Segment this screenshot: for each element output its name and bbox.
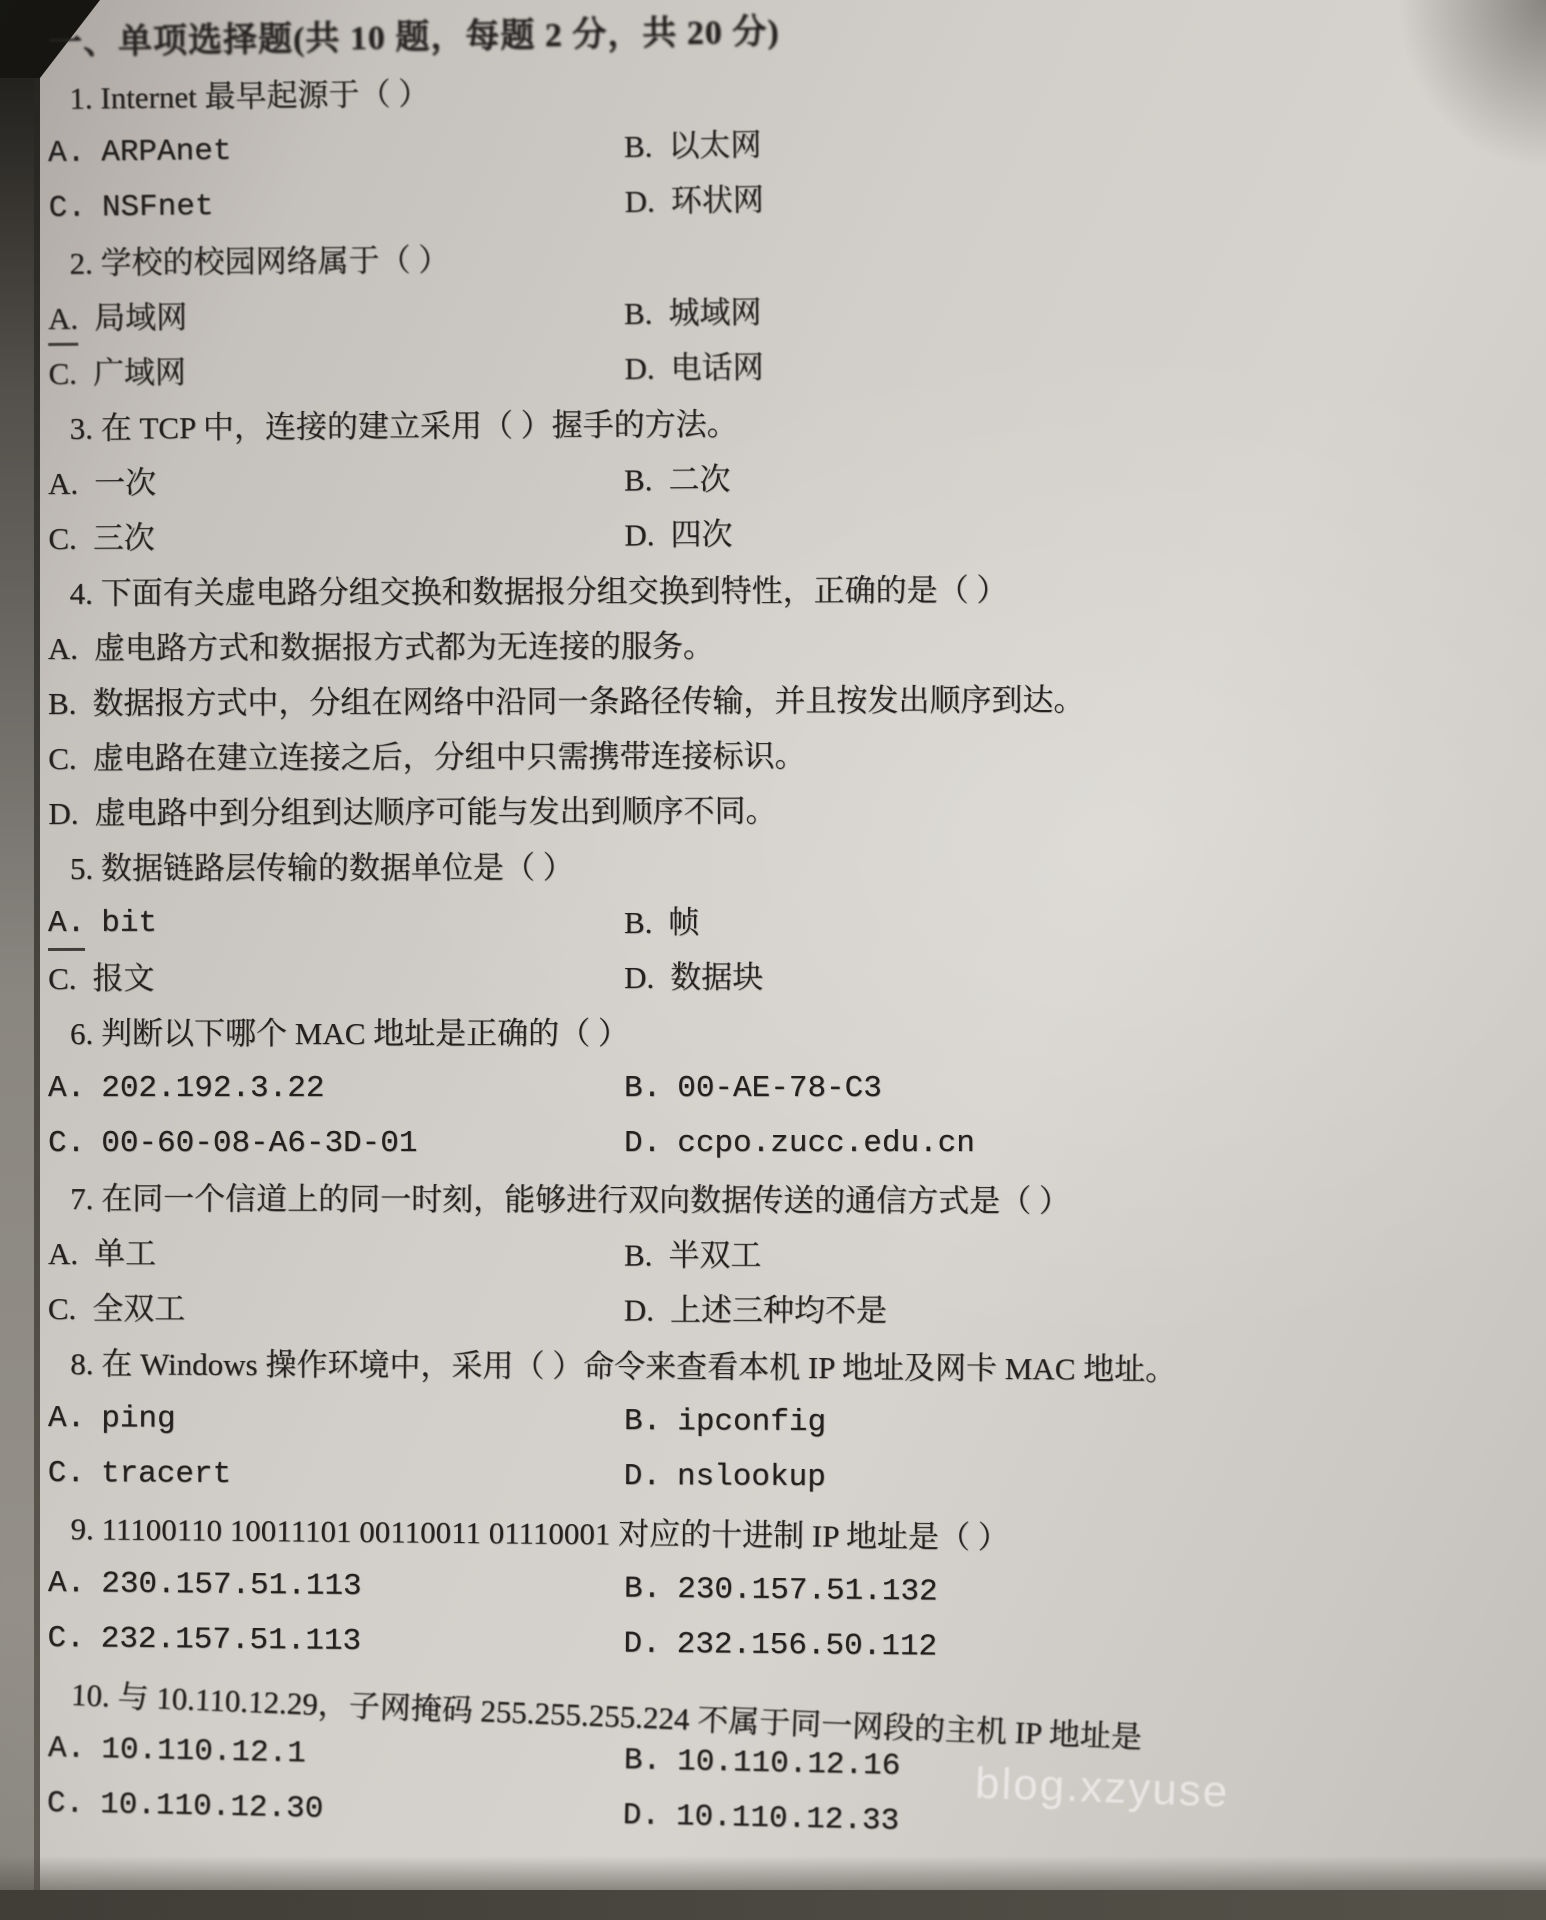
question-text: 11100110 10011101 00110011 01110001 对应的十… — [101, 1512, 1009, 1556]
option-label: D. — [624, 507, 654, 562]
question-4: 4. 下面有关虚电路分组交换和数据报分组交换到特性，正确的是（ ） A. 虚电路… — [48, 561, 1546, 841]
option-label: B. — [624, 452, 653, 507]
question-text: 数据链路层传输的数据单位是（ ） — [101, 850, 574, 886]
option-text: 半双工 — [668, 1228, 761, 1283]
question-number: 1. — [69, 80, 93, 115]
question-6: 6. 判断以下哪个 MAC 地址是正确的（ ） A. 202.192.3.22 … — [48, 1006, 1546, 1171]
option-label: C. — [48, 346, 77, 401]
option-row: D. 虚电路中到分组到达顺序可能与发出到顺序不同。 — [48, 781, 1546, 841]
option-label: C. — [48, 1281, 77, 1336]
option-label: D. — [624, 341, 655, 396]
option-row: A. 虚电路方式和数据报方式都为无连接的服务。 — [48, 616, 1546, 676]
option-row: A. 202.192.3.22 B. 00-AE-78-C3 — [48, 1061, 1546, 1116]
option-d: D. 虚电路中到分组到达顺序可能与发出到顺序不同。 — [48, 783, 776, 841]
option-text: 四次 — [670, 507, 732, 562]
option-label: A. — [48, 896, 85, 951]
option-d: D. 上述三种均不是 — [624, 1283, 887, 1339]
question-8: 8. 在 Windows 操作环境中，采用（ ）命令来查看本机 IP 地址及网卡… — [48, 1336, 1546, 1509]
option-text: 一次 — [94, 455, 156, 510]
option-row: C. 虚电路在建立连接之后，分组中只需携带连接标识。 — [48, 726, 1546, 786]
option-text: 帧 — [668, 895, 699, 950]
question-number: 8. — [70, 1346, 93, 1381]
option-text: 00-AE-78-C3 — [677, 1061, 882, 1116]
exam-paper-photo: 一、单项选择题(共 10 题，每题 2 分，共 20 分) 1. Interne… — [0, 0, 1546, 1920]
option-d: D. 电话网 — [624, 340, 764, 396]
question-stem: 7. 在同一个信道上的同一时刻，能够进行双向数据传送的通信方式是（ ） — [48, 1171, 1546, 1230]
option-a: A. 局域网 — [48, 286, 624, 346]
option-c: C. 00-60-08-A6-3D-01 — [48, 1116, 624, 1171]
option-b: B. 00-AE-78-C3 — [624, 1061, 882, 1116]
question-text: Internet 最早起源于（ ） — [100, 76, 429, 115]
option-row: A. ping B. ipconfig — [48, 1391, 1546, 1454]
option-d: D. nslookup — [624, 1449, 826, 1505]
option-text: 二次 — [668, 452, 730, 507]
option-row: C. 广域网 D. 电话网 — [48, 333, 1546, 401]
option-row: C. 00-60-08-A6-3D-01 D. ccpo.zucc.edu.cn — [48, 1116, 1546, 1171]
question-9: 9. 11100110 10011101 00110011 01110001 对… — [47, 1501, 1546, 1680]
option-label: A. — [48, 1226, 78, 1281]
option-a: A. 单工 — [48, 1226, 624, 1283]
option-text: ARPAnet — [101, 124, 232, 181]
watermark: blog.xzyuse — [974, 1759, 1230, 1818]
option-text: 虚电路在建立连接之后，分组中只需携带连接标识。 — [93, 728, 806, 785]
option-text: tracert — [101, 1446, 232, 1502]
option-label: B. — [624, 1061, 661, 1116]
option-label: A. — [47, 1721, 85, 1777]
paper-bottom-shadow — [0, 1856, 1546, 1890]
option-b: B. 230.157.51.132 — [624, 1562, 938, 1620]
option-label: D. — [624, 1449, 662, 1504]
question-stem: 4. 下面有关虚电路分组交换和数据报分组交换到特性，正确的是（ ） — [48, 561, 1546, 621]
option-text: 全双工 — [92, 1281, 185, 1336]
option-text: 局域网 — [94, 290, 187, 346]
option-a: A. 虚电路方式和数据报方式都为无连接的服务。 — [48, 619, 714, 676]
option-c: C. NSFnet — [48, 174, 625, 236]
option-d: D. 四次 — [624, 507, 732, 563]
option-text: 虚电路中到分组到达顺序可能与发出到顺序不同。 — [94, 783, 776, 840]
option-label: A. — [48, 456, 78, 511]
option-text: 单工 — [94, 1226, 156, 1281]
option-label: C. — [48, 511, 77, 566]
option-text: bit — [101, 896, 157, 951]
option-text: 数据报方式中，分组在网络中沿同一条路径传输，并且按发出顺序到达。 — [92, 672, 1084, 730]
question-text: 判断以下哪个 MAC 地址是正确的（ ） — [101, 1016, 629, 1051]
option-text: NSFnet — [102, 179, 214, 235]
option-label: B. — [624, 1228, 653, 1283]
paper-content: 一、单项选择题(共 10 题，每题 2 分，共 20 分) 1. Interne… — [40, 0, 1546, 1920]
option-text: 232.157.51.113 — [100, 1612, 361, 1669]
option-row: A. 一次 B. 二次 — [48, 447, 1546, 511]
option-c: C. 全双工 — [48, 1281, 624, 1338]
option-a: A. 202.192.3.22 — [48, 1061, 624, 1116]
question-number: 7. — [70, 1181, 93, 1216]
option-text: 虚电路方式和数据报方式都为无连接的服务。 — [94, 619, 714, 676]
option-text: 电话网 — [670, 340, 763, 396]
option-label: B. — [624, 119, 653, 174]
option-label: D. — [624, 1283, 654, 1338]
question-stem: 3. 在 TCP 中，连接的建立采用（ ）握手的方法。 — [47, 392, 1545, 456]
option-c: C. 232.157.51.113 — [47, 1611, 624, 1672]
option-row: B. 数据报方式中，分组在网络中沿同一条路径传输，并且按发出顺序到达。 — [48, 671, 1546, 731]
option-text: 以太网 — [668, 117, 762, 173]
question-text: 下面有关虚电路分组交换和数据报分组交换到特性，正确的是（ ） — [101, 573, 1008, 611]
option-b: B. ipconfig — [624, 1394, 826, 1450]
option-label: C. — [46, 1776, 84, 1832]
question-number: 6. — [70, 1016, 93, 1051]
option-b: B. 帧 — [624, 895, 700, 950]
question-text: 在 TCP 中，连接的建立采用（ ）握手的方法。 — [101, 407, 738, 446]
option-label: A. — [48, 291, 79, 346]
option-label: C. — [48, 181, 86, 236]
option-c: C. 虚电路在建立连接之后，分组中只需携带连接标识。 — [48, 728, 806, 786]
option-label: A. — [48, 1061, 85, 1116]
option-row: A. bit B. 帧 — [48, 893, 1546, 951]
option-label: C. — [48, 1116, 85, 1171]
option-label: C. — [48, 1446, 86, 1501]
option-text: 232.156.50.112 — [676, 1617, 937, 1674]
question-number: 2. — [69, 246, 93, 281]
option-d: D. 232.156.50.112 — [623, 1617, 937, 1675]
option-label: C. — [48, 731, 77, 786]
option-label: B. — [624, 1394, 662, 1449]
option-text: 230.157.51.113 — [101, 1557, 362, 1614]
desk-edge — [0, 1890, 1546, 1920]
option-text: 广域网 — [93, 345, 186, 401]
question-text: 学校的校园网络属于（ ） — [100, 242, 449, 280]
option-text: ipconfig — [677, 1394, 826, 1450]
option-label: D. — [624, 174, 655, 229]
option-text: ccpo.zucc.edu.cn — [677, 1116, 975, 1171]
option-d: D. 10.110.12.33 — [622, 1788, 900, 1849]
question-text: 在 Windows 操作环境中，采用（ ）命令来查看本机 IP 地址及网卡 MA… — [101, 1346, 1176, 1387]
option-row: C. tracert D. nslookup — [48, 1446, 1546, 1509]
question-text: 在同一个信道上的同一时刻，能够进行双向数据传送的通信方式是（ ） — [101, 1181, 1070, 1219]
option-text: ping — [101, 1391, 176, 1446]
option-a: A. bit — [48, 895, 624, 951]
question-7: 7. 在同一个信道上的同一时刻，能够进行双向数据传送的通信方式是（ ） A. 单… — [48, 1171, 1546, 1340]
option-text: 202.192.3.22 — [101, 1061, 324, 1116]
option-b: B. 数据报方式中，分组在网络中沿同一条路径传输，并且按发出顺序到达。 — [48, 672, 1085, 731]
question-number: 9. — [70, 1511, 94, 1546]
question-number: 10. — [70, 1677, 110, 1714]
option-text: 230.157.51.132 — [677, 1562, 938, 1619]
question-number: 3. — [70, 411, 93, 446]
option-label: A. — [48, 1556, 86, 1611]
option-text: 00-60-08-A6-3D-01 — [101, 1116, 417, 1171]
option-label: D. — [624, 950, 654, 1005]
question-number: 4. — [70, 576, 93, 611]
option-text: 10.110.12.1 — [101, 1722, 307, 1781]
option-row: A. 单工 B. 半双工 — [48, 1226, 1546, 1285]
option-label: A. — [48, 126, 86, 181]
option-label: D. — [48, 786, 78, 841]
option-text: 数据块 — [670, 950, 763, 1005]
option-a: A. 一次 — [48, 452, 624, 511]
option-label: C. — [48, 951, 77, 1006]
question-stem: 8. 在 Windows 操作环境中，采用（ ）命令来查看本机 IP 地址及网卡… — [48, 1336, 1546, 1399]
option-text: 城域网 — [668, 285, 761, 341]
option-label: A. — [48, 621, 78, 676]
question-number: 5. — [70, 851, 93, 886]
option-text: 10.110.12.33 — [675, 1789, 899, 1849]
option-label: D. — [623, 1617, 661, 1672]
option-text: 三次 — [93, 510, 155, 565]
question-10: 10. 与 10.110.12.29，子网掩码 255.255.255.224 … — [46, 1666, 1546, 1862]
option-d: D. 数据块 — [624, 950, 763, 1005]
option-a: A. ARPAnet — [48, 119, 625, 181]
option-d: D. ccpo.zucc.edu.cn — [624, 1116, 975, 1171]
option-b: B. 城域网 — [624, 285, 762, 341]
option-a: A. 230.157.51.113 — [48, 1556, 625, 1617]
option-label: D. — [622, 1788, 660, 1844]
option-label: B. — [624, 1562, 662, 1617]
option-text: 10.110.12.30 — [99, 1777, 323, 1837]
option-b: B. 以太网 — [624, 117, 762, 174]
option-c: C. 广域网 — [48, 341, 624, 401]
option-c: C. 报文 — [48, 950, 624, 1006]
option-row: C. 报文 D. 数据块 — [48, 948, 1546, 1006]
question-5: 5. 数据链路层传输的数据单位是（ ） A. bit B. 帧 C. 报文 — [48, 838, 1546, 1006]
option-text: 环状网 — [670, 172, 764, 228]
option-b: B. 半双工 — [624, 1228, 762, 1283]
option-row: C. 三次 D. 四次 — [48, 502, 1546, 566]
paper-left-edge — [0, 0, 34, 1920]
question-stem: 6. 判断以下哪个 MAC 地址是正确的（ ） — [48, 1006, 1546, 1061]
option-text: 上述三种均不是 — [670, 1283, 887, 1339]
option-row: C. 全双工 D. 上述三种均不是 — [48, 1281, 1546, 1340]
option-label: B. — [48, 676, 77, 731]
option-a: A. ping — [48, 1391, 624, 1449]
option-label: D. — [624, 1116, 661, 1171]
option-d: D. 环状网 — [624, 172, 764, 229]
option-text: 报文 — [92, 951, 154, 1006]
question-3: 3. 在 TCP 中，连接的建立采用（ ）握手的方法。 A. 一次 B. 二次 … — [47, 392, 1546, 566]
question-2: 2. 学校的校园网络属于（ ） A. 局域网 B. 城域网 C. 广域网 — [47, 223, 1546, 401]
option-c: C. tracert — [48, 1446, 624, 1504]
option-c: C. 10.110.12.30 — [46, 1776, 623, 1843]
option-text: nslookup — [677, 1449, 826, 1505]
option-label: B. — [624, 286, 653, 341]
option-label: C. — [47, 1611, 85, 1666]
question-1: 1. Internet 最早起源于（ ） A. ARPAnet B. 以太网 C… — [47, 53, 1546, 236]
question-stem: 5. 数据链路层传输的数据单位是（ ） — [48, 838, 1546, 896]
option-c: C. 三次 — [48, 507, 624, 566]
option-b: B. 二次 — [624, 452, 731, 508]
option-label: A. — [48, 1391, 86, 1446]
option-label: B. — [624, 895, 653, 950]
